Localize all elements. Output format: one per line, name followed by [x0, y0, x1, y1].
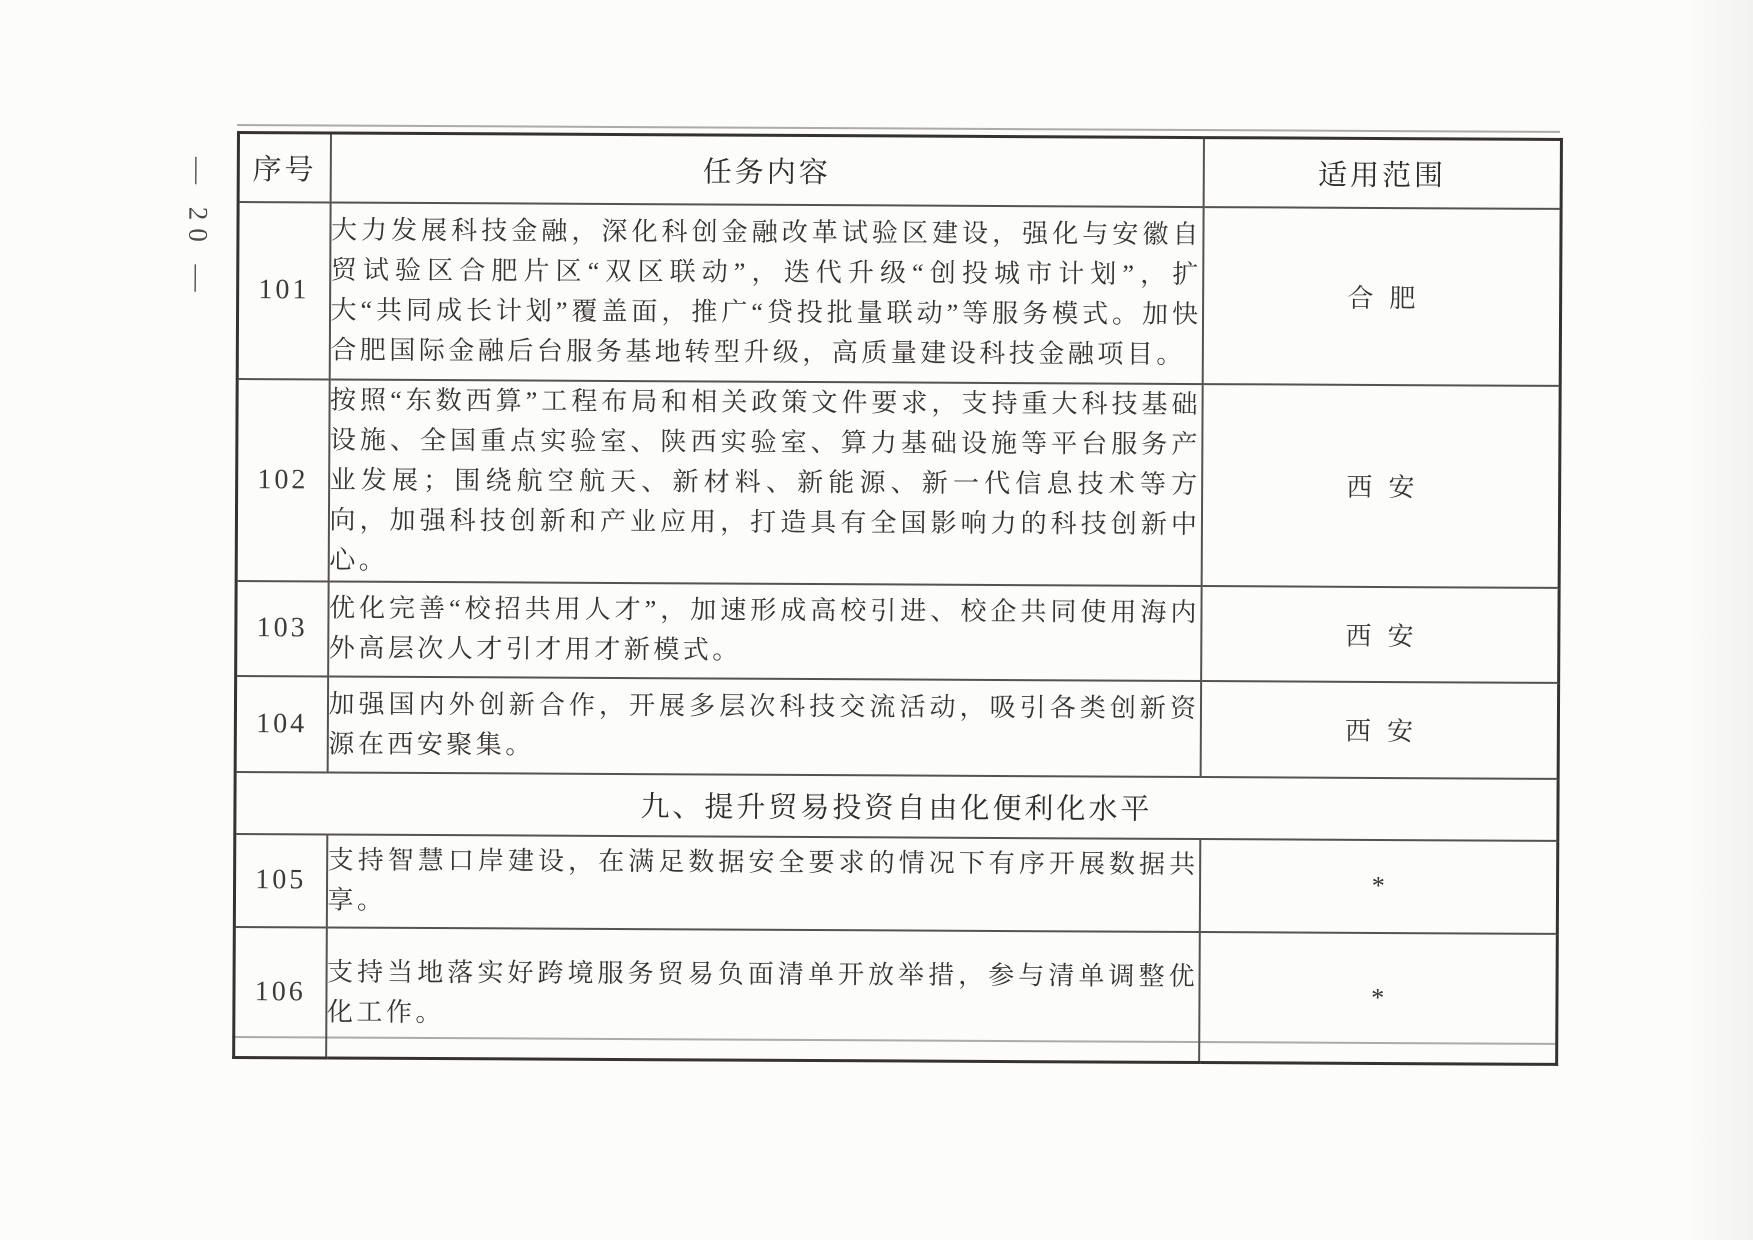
- task-scope: *: [1199, 839, 1557, 934]
- task-scope: 合肥: [1202, 207, 1561, 386]
- section-header-row: 九、提升贸易投资自由化便利化水平: [235, 771, 1558, 840]
- task-scope: 西安: [1201, 586, 1559, 683]
- task-index: 103: [236, 581, 328, 676]
- task-content: 支持当地落实好跨境服务贸易负面清单开放举措，参与清单调整优化工作。: [326, 927, 1200, 1063]
- margin-page-number-text: — 20 —: [182, 156, 214, 299]
- task-scope: *: [1199, 932, 1558, 1065]
- column-header-index: 序号: [238, 133, 330, 202]
- task-content: 按照“东数西算”工程布局和相关政策文件要求，支持重大科技基础设施、全国重点实验室…: [328, 379, 1202, 586]
- task-index: 102: [236, 379, 329, 581]
- task-index: 104: [235, 676, 328, 772]
- table-row: 105 支持智慧口岸建设，在满足数据安全要求的情况下有序开展数据共享。 *: [234, 833, 1557, 933]
- margin-page-number: — 20 —: [149, 148, 246, 309]
- scanned-document-page: — 20 — 序号 任务内容 适用范围 101 大力发展科技金融，深化科创金融改…: [0, 0, 1753, 1240]
- task-index: 101: [237, 202, 330, 379]
- task-content: 大力发展科技金融，深化科创金融改革试验区建设，强化与安徽自贸试验区合肥片区“双区…: [329, 202, 1203, 384]
- task-content: 优化完善“校招共用人才”，加速形成高校引进、校企共同使用海内外高层次人才引才用才…: [328, 581, 1201, 681]
- table-header-row: 序号 任务内容 适用范围: [238, 133, 1561, 209]
- column-header-scope: 适用范围: [1203, 138, 1561, 209]
- table-row: 106 支持当地落实好跨境服务贸易负面清单开放举措，参与清单调整优化工作。 *: [234, 926, 1558, 1064]
- table-row: 104 加强国内外创新合作，开展多层次科技交流活动，吸引各类创新资源在西安聚集。…: [235, 676, 1558, 779]
- task-scope: 西安: [1201, 384, 1560, 588]
- task-scope: 西安: [1200, 681, 1558, 779]
- task-table: 序号 任务内容 适用范围 101 大力发展科技金融，深化科创金融改革试验区建设，…: [232, 131, 1563, 1066]
- task-content: 支持智慧口岸建设，在满足数据安全要求的情况下有序开展数据共享。: [326, 834, 1199, 932]
- table-row: 103 优化完善“校招共用人才”，加速形成高校引进、校企共同使用海内外高层次人才…: [236, 581, 1559, 683]
- table-row: 102 按照“东数西算”工程布局和相关政策文件要求，支持重大科技基础设施、全国重…: [236, 379, 1560, 588]
- task-index: 105: [234, 833, 326, 926]
- task-content: 加强国内外创新合作，开展多层次科技交流活动，吸引各类创新资源在西安聚集。: [327, 676, 1200, 777]
- table-row: 101 大力发展科技金融，深化科创金融改革试验区建设，强化与安徽自贸试验区合肥片…: [237, 202, 1561, 386]
- task-index: 106: [234, 926, 327, 1057]
- page-content: — 20 — 序号 任务内容 适用范围 101 大力发展科技金融，深化科创金融改…: [0, 0, 1753, 1240]
- section-header: 九、提升贸易投资自由化便利化水平: [235, 771, 1558, 840]
- column-header-content: 任务内容: [330, 133, 1203, 207]
